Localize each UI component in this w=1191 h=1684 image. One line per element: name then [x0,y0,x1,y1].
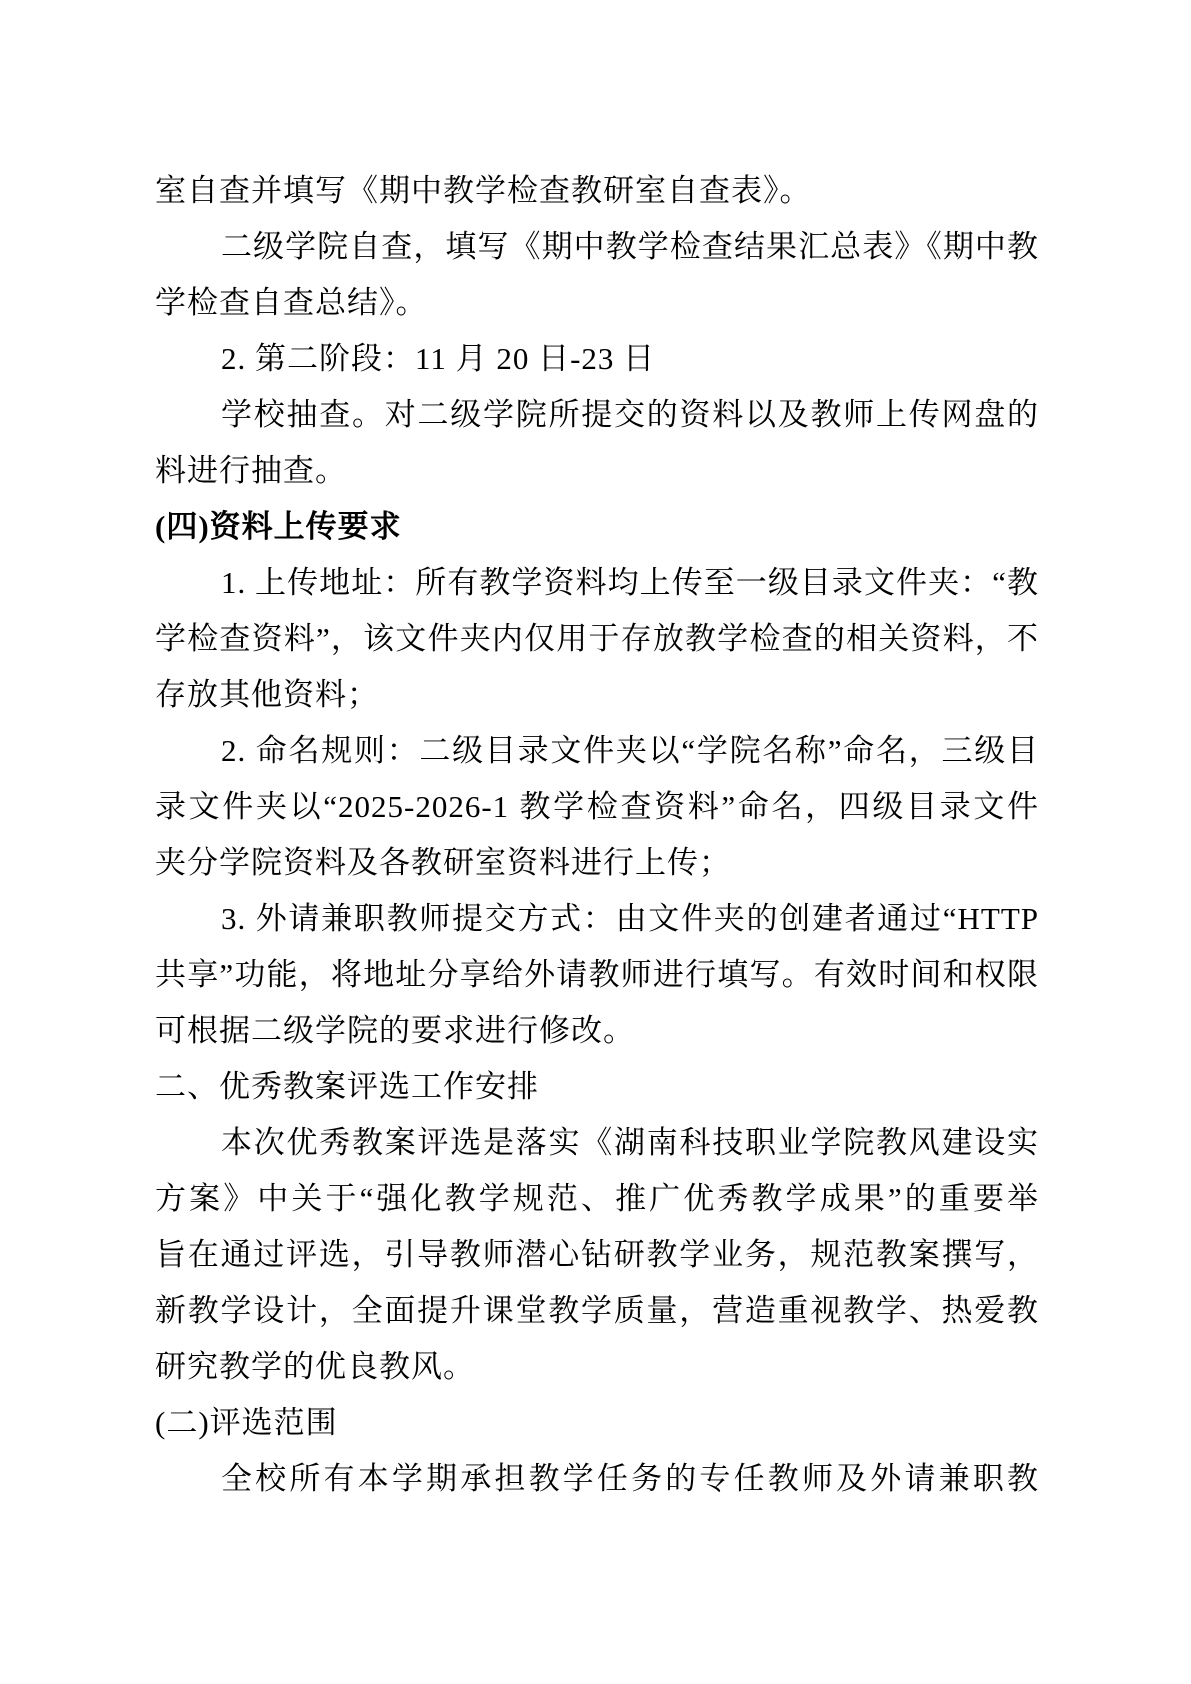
text-line: 新教学设计，全面提升课堂教学质量，营造重视教学、热爱教学、 [155,1283,1039,1339]
text-line: 本次优秀教案评选是落实《湖南科技职业学院教风建设实施 [155,1115,1039,1171]
heading-excellent-lesson-plan-selection: 二、优秀教案评选工作安排 [155,1059,1039,1115]
text-line: 录文件夹以“2025-2026-1 教学检查资料”命名，四级目录文件 [155,779,1039,835]
text-line: 3. 外请兼职教师提交方式：由文件夹的创建者通过“HTTP [155,891,1039,947]
heading-selection-scope: (二)评选范围 [155,1395,1039,1451]
text-line: 学校抽查。对二级学院所提交的资料以及教师上传网盘的资 [155,387,1039,443]
text-line: 学检查资料”，该文件夹内仅用于存放教学检查的相关资料，不 [155,611,1039,667]
document-body: 室自查并填写《期中教学检查教研室自查表》。 二级学院自查，填写《期中教学检查结果… [155,163,1039,1507]
text-line: 2. 命名规则：二级目录文件夹以“学院名称”命名，三级目 [155,723,1039,779]
text-line: 全校所有本学期承担教学任务的专任教师及外请兼职教师， [155,1451,1039,1507]
text-line-stage-2-date: 2. 第二阶段：11 月 20 日-23 日 [155,331,1039,387]
heading-upload-requirements: (四)资料上传要求 [155,499,1039,555]
text-line: 存放其他资料； [155,667,1039,723]
text-line: 室自查并填写《期中教学检查教研室自查表》。 [155,163,1039,219]
text-line: 研究教学的优良教风。 [155,1339,1039,1395]
text-line: 学检查自查总结》。 [155,275,1039,331]
document-page: { "page": { "background_color": "#ffffff… [0,0,1191,1684]
text-line: 料进行抽查。 [155,443,1039,499]
text-line: 方案》中关于“强化教学规范、推广优秀教学成果”的重要举措。 [155,1171,1039,1227]
text-line: 可根据二级学院的要求进行修改。 [155,1003,1039,1059]
text-line: 夹分学院资料及各教研室资料进行上传； [155,835,1039,891]
text-line: 1. 上传地址：所有教学资料均上传至一级目录文件夹：“教 [155,555,1039,611]
text-line: 共享”功能，将地址分享给外请教师进行填写。有效时间和权限 [155,947,1039,1003]
text-line: 二级学院自查，填写《期中教学检查结果汇总表》《期中教 [155,219,1039,275]
text-line: 旨在通过评选，引导教师潜心钻研教学业务，规范教案撰写，创 [155,1227,1039,1283]
